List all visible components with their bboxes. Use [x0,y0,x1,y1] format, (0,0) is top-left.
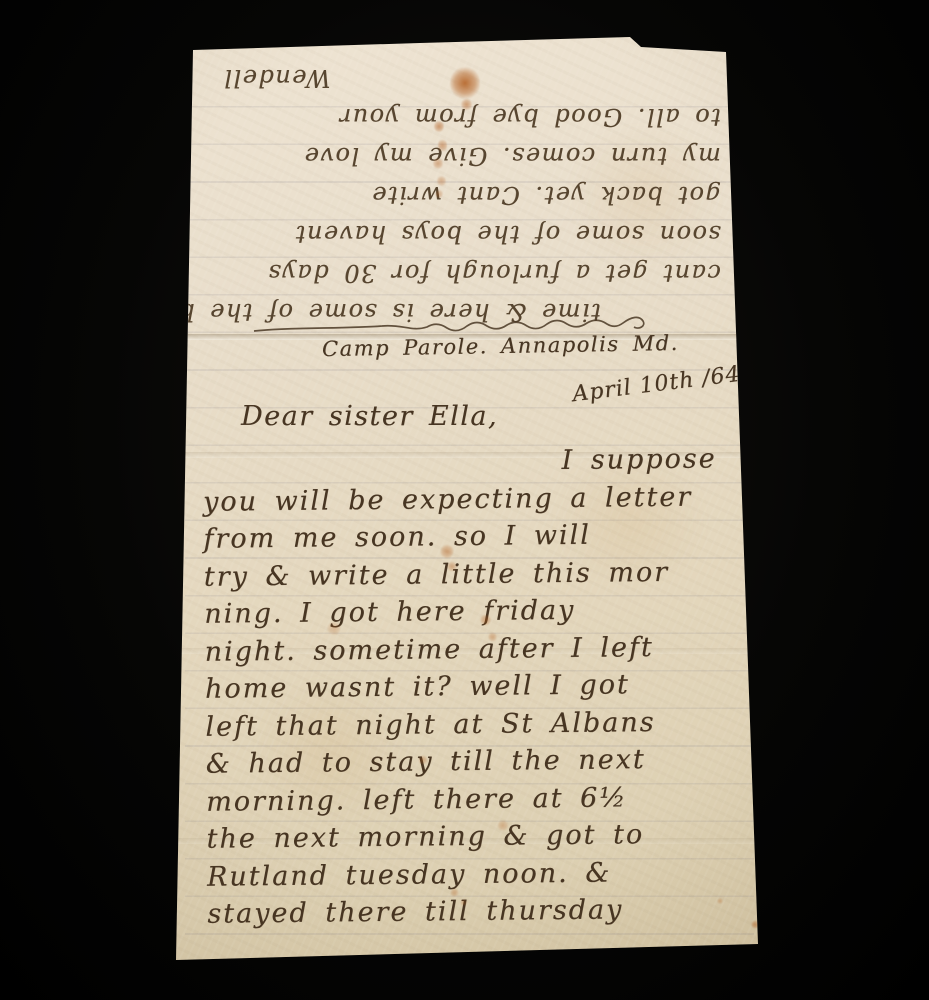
paper-edge-shading [0,0,929,1000]
letter-paper: time & here is some of the boys cant get… [0,0,929,1000]
photo-background: time & here is some of the boys cant get… [0,0,929,1000]
